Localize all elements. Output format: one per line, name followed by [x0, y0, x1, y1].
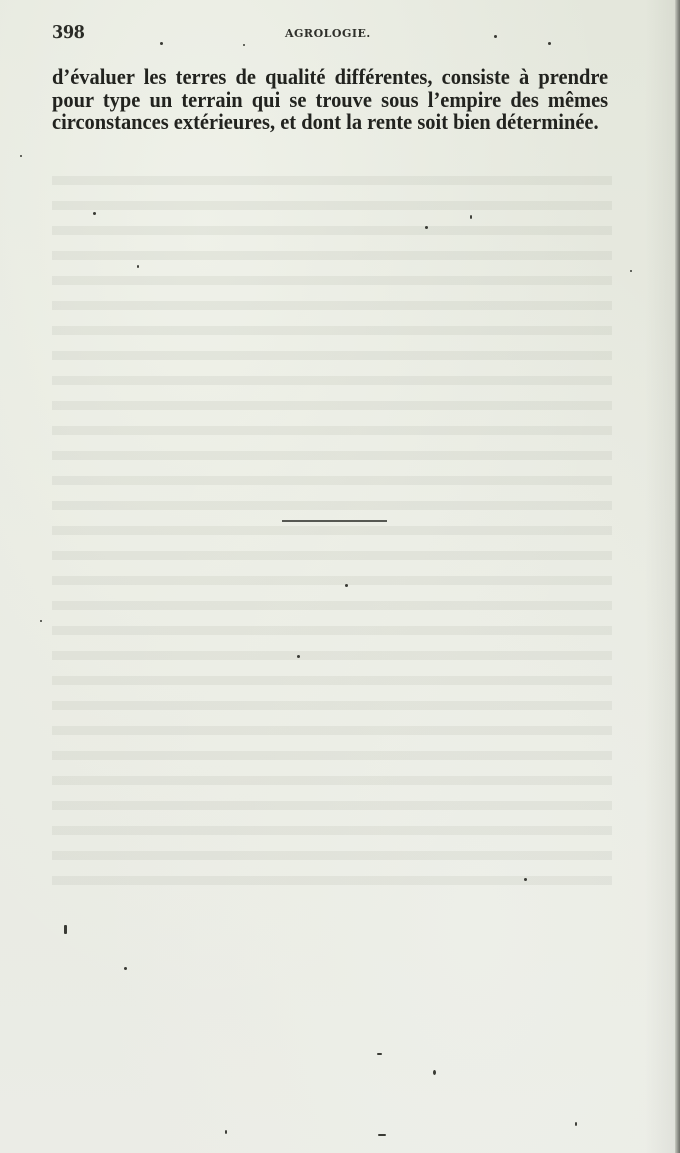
paper-speck: [93, 212, 96, 215]
paper-speck: [378, 1134, 386, 1136]
paper-speck: [630, 270, 632, 272]
page-header: 398 AGROLOGIE.: [52, 22, 612, 50]
paper-speck: [64, 925, 67, 934]
paper-speck: [225, 1130, 227, 1134]
body-text: d’évaluer les terres de qualité différen…: [52, 66, 608, 134]
paper-speck: [425, 226, 428, 229]
scanned-page: 398 AGROLOGIE. d’évaluer les terres de q…: [0, 0, 680, 1153]
paper-speck: [494, 35, 497, 38]
show-through-texture: [52, 168, 612, 888]
paper-speck: [548, 42, 551, 45]
paper-speck: [137, 265, 139, 268]
page-edge: [675, 0, 680, 1153]
section-separator-rule: [282, 520, 387, 522]
page-edge-shadow: [645, 0, 675, 1153]
paper-speck: [345, 584, 348, 587]
running-head: AGROLOGIE.: [285, 27, 371, 40]
paper-speck: [524, 878, 527, 881]
paper-speck: [575, 1122, 577, 1126]
paper-speck: [160, 42, 163, 45]
paper-speck: [40, 620, 42, 622]
paper-speck: [124, 967, 127, 970]
paper-speck: [20, 155, 22, 157]
paper-speck: [377, 1053, 382, 1055]
paragraph: d’évaluer les terres de qualité différen…: [52, 66, 608, 134]
paper-speck: [470, 215, 472, 219]
paper-speck: [433, 1070, 436, 1075]
paper-speck: [243, 44, 245, 46]
paper-speck: [297, 655, 300, 658]
page-number: 398: [52, 22, 84, 43]
